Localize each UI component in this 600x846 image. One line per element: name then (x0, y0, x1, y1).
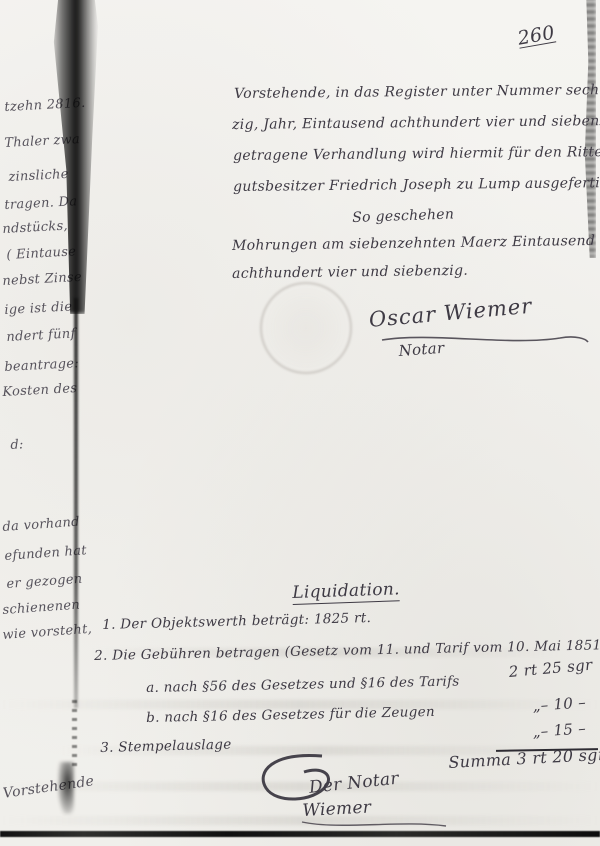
bottom-edge-line (0, 831, 600, 837)
margin-fragment: nebst Zinse (2, 270, 82, 289)
margin-fragment: tzehn 2816. (4, 96, 86, 115)
margin-fragment: ndert fünf (6, 326, 76, 345)
gutter-speckle (72, 700, 77, 770)
page-number: 260 (516, 22, 556, 50)
margin-fragment: er gezogen (6, 572, 83, 592)
margin-fragment: ndstücks, (2, 219, 68, 237)
liquidation-item-2a: a. nach §56 des Gesetzes und §16 des Tar… (146, 673, 460, 696)
body-line: getragene Verhandlung wird hiermit für d… (233, 144, 600, 164)
notary-seal (260, 282, 352, 374)
dateline: achthundert vier und siebenzig. (232, 263, 468, 282)
so-geschehen: So geschehen (352, 206, 454, 226)
liquidation-item-2: 2. Die Gebühren betragen (Gesetz vom 11.… (94, 637, 600, 664)
margin-fragment: schienenen (2, 598, 81, 618)
margin-fragment: wie vorsteht, (2, 622, 93, 643)
dateline: Mohrungen am siebenzehnten Maerz Eintaus… (232, 233, 595, 254)
body-line: Vorstehende, in das Register unter Numme… (234, 82, 600, 102)
amount-2a: 2 rt 25 sgr (508, 656, 593, 681)
document-scan: tzehn 2816. Thaler zwa zinsliche tragen.… (0, 0, 600, 846)
margin-fragment: efunden hat (4, 543, 87, 564)
margin-fragment: Kosten des (2, 381, 78, 400)
closing-signature-tail (300, 818, 450, 830)
margin-fragment: da vorhand (2, 515, 80, 535)
notary-signature: Oscar Wiemer (368, 294, 533, 332)
margin-fragment: zinsliche (8, 167, 69, 185)
margin-fragment: d: (10, 437, 24, 453)
margin-fragment: ( Eintause (6, 244, 77, 263)
gutter-shadow-top (50, 0, 98, 314)
margin-fragment: tragen. Da (4, 194, 78, 213)
margin-fragment: beantrage: (4, 356, 79, 375)
liquidation-item-1: 1. Der Objektswerth beträgt: 1825 rt. (102, 610, 371, 633)
body-line: zig, Jahr, Eintausend achthundert vier u… (232, 112, 600, 133)
amount-2b: „– 10 – (532, 693, 587, 715)
margin-fragment: Thaler zwa (4, 132, 80, 151)
liquidation-title: Liquidation. (292, 579, 400, 605)
margin-fragment: Vorstehende (2, 773, 95, 802)
body-line: gutsbesitzer Friedrich Joseph zu Lump au… (233, 175, 600, 195)
notary-title: Notar (398, 339, 445, 360)
margin-fragment: ige ist die (4, 299, 73, 318)
amount-3: „– 15 – (532, 719, 587, 741)
